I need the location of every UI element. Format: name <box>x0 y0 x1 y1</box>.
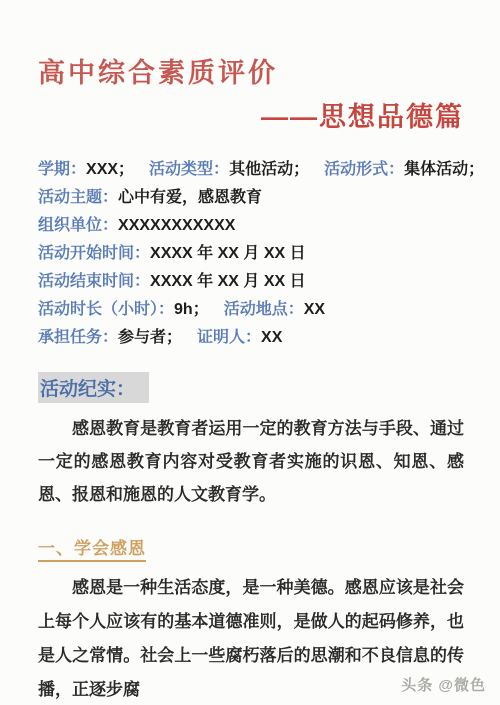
activity-form-value: 集体活动； <box>404 161 484 178</box>
witness-label: 证明人： <box>197 329 261 346</box>
end-time-label: 活动结束时间： <box>38 273 150 290</box>
duration-label: 活动时长（小时）： <box>38 301 174 318</box>
meta-row-semester: 学期：XXX；活动类型：其他活动；活动形式：集体活动； <box>38 156 464 184</box>
meta-row-theme: 活动主题：心中有爱，感恩教育 <box>38 184 464 212</box>
document-subtitle: ——思想品德篇 <box>38 99 464 135</box>
record-section-heading: 活动纪实： <box>38 372 149 403</box>
activity-form-label: 活动形式： <box>324 161 404 178</box>
duration-value: 9h； <box>174 301 209 318</box>
start-time-label: 活动开始时间： <box>38 245 150 262</box>
organizer-label: 组织单位： <box>38 217 118 234</box>
organizer-value: XXXXXXXXXXX <box>118 217 235 234</box>
section1-heading: 一、学会感恩 <box>38 534 146 562</box>
location-value: XX <box>304 301 325 318</box>
activity-type-label: 活动类型： <box>149 161 229 178</box>
semester-value: XXX； <box>86 161 134 178</box>
document-page: 高中综合素质评价 ——思想品德篇 学期：XXX；活动类型：其他活动；活动形式：集… <box>0 0 500 705</box>
semester-label: 学期： <box>38 161 86 178</box>
toutiao-watermark: 头条 @微色 <box>401 674 486 695</box>
document-title: 高中综合素质评价 <box>38 55 464 91</box>
location-label: 活动地点： <box>224 301 304 318</box>
meta-row-end-time: 活动结束时间：XXXX 年 XX 月 XX 日 <box>38 268 464 296</box>
theme-value: 心中有爱，感恩教育 <box>118 189 262 206</box>
record-paragraph: 感恩教育是教育者运用一定的教育方法与手段、通过一定的感恩教育内容对受教育者实施的… <box>38 412 464 511</box>
theme-label: 活动主题： <box>38 189 118 206</box>
document-body: 高中综合素质评价 ——思想品德篇 学期：XXX；活动类型：其他活动；活动形式：集… <box>0 0 500 705</box>
activity-type-value: 其他活动； <box>229 161 309 178</box>
meta-row-organizer: 组织单位：XXXXXXXXXXX <box>38 212 464 240</box>
meta-row-start-time: 活动开始时间：XXXX 年 XX 月 XX 日 <box>38 240 464 268</box>
start-time-value: XXXX 年 XX 月 XX 日 <box>150 245 306 262</box>
witness-value: XX <box>261 329 282 346</box>
section1-paragraph: 感恩是一种生活态度，是一种美德。感恩应该是社会上每个人应该有的基本道德准则，是做… <box>38 571 464 705</box>
task-value: 参与者； <box>118 329 182 346</box>
activity-meta: 学期：XXX；活动类型：其他活动；活动形式：集体活动； 活动主题：心中有爱，感恩… <box>38 156 464 352</box>
task-label: 承担任务： <box>38 329 118 346</box>
meta-row-duration-location: 活动时长（小时）：9h；活动地点：XX <box>38 296 464 324</box>
end-time-value: XXXX 年 XX 月 XX 日 <box>150 273 306 290</box>
meta-row-task-witness: 承担任务：参与者；证明人：XX <box>38 324 464 352</box>
